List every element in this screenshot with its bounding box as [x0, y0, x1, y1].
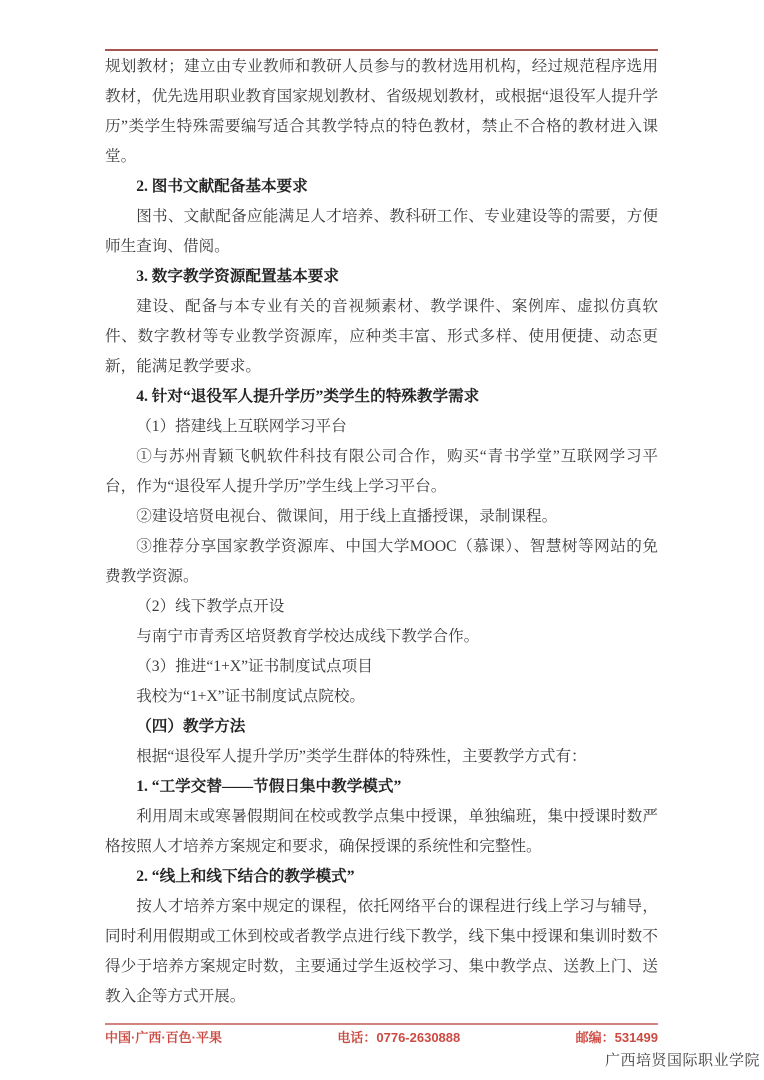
- footer-location: 中国·广西·百色·平果: [105, 1027, 222, 1046]
- document-page: 规划教材；建立由专业教师和教研人员参与的教材选用机构，经过规范程序选用教材，优先…: [0, 0, 764, 1080]
- paragraph: 我校为“1+X”证书制度试点院校。: [105, 682, 658, 712]
- paragraph: 建设、配备与本专业有关的音视频素材、教学课件、案例库、虚拟仿真软件、数字教材等专…: [105, 292, 658, 382]
- paragraph: （3）推进“1+X”证书制度试点项目: [105, 652, 658, 682]
- paragraph: 根据“退役军人提升学历”类学生群体的特殊性，主要教学方式有：: [105, 742, 658, 772]
- section-heading: 1. “工学交替——节假日集中教学模式”: [105, 772, 658, 802]
- footer-postcode: 邮编：531499: [576, 1027, 658, 1046]
- section-heading: （四）教学方法: [105, 712, 658, 742]
- paragraph: 图书、文献配备应能满足人才培养、教科研工作、专业建设等的需要，方便师生查询、借阅…: [105, 202, 658, 262]
- section-heading: 3. 数字教学资源配置基本要求: [105, 262, 658, 292]
- page-footer: 中国·广西·百色·平果 电话：0776-2630888 邮编：531499: [105, 1027, 658, 1046]
- header-rule: [105, 49, 658, 51]
- school-name-watermark: 广西培贤国际职业学院: [605, 1049, 760, 1070]
- section-heading: 2. “线上和线下结合的教学模式”: [105, 862, 658, 892]
- paragraph: 规划教材；建立由专业教师和教研人员参与的教材选用机构，经过规范程序选用教材，优先…: [105, 52, 658, 172]
- paragraph: （1）搭建线上互联网学习平台: [105, 412, 658, 442]
- paragraph: ①与苏州青颖飞帆软件科技有限公司合作，购买“青书学堂”互联网学习平台，作为“退役…: [105, 442, 658, 502]
- paragraph: 按人才培养方案中规定的课程，依托网络平台的课程进行线上学习与辅导，同时利用假期或…: [105, 892, 658, 1012]
- document-body: 规划教材；建立由专业教师和教研人员参与的教材选用机构，经过规范程序选用教材，优先…: [105, 52, 658, 1012]
- section-heading: 4. 针对“退役军人提升学历”类学生的特殊教学需求: [105, 382, 658, 412]
- footer-rule: [105, 1023, 658, 1025]
- paragraph: ②建设培贤电视台、微课间，用于线上直播授课，录制课程。: [105, 502, 658, 532]
- section-heading: 2. 图书文献配备基本要求: [105, 172, 658, 202]
- paragraph: （2）线下教学点开设: [105, 592, 658, 622]
- paragraph: 利用周末或寒暑假期间在校或教学点集中授课，单独编班，集中授课时数严格按照人才培养…: [105, 802, 658, 862]
- paragraph: ③推荐分享国家教学资源库、中国大学MOOC（慕课）、智慧树等网站的免费教学资源。: [105, 532, 658, 592]
- footer-phone: 电话：0776-2630888: [337, 1027, 460, 1046]
- paragraph: 与南宁市青秀区培贤教育学校达成线下教学合作。: [105, 622, 658, 652]
